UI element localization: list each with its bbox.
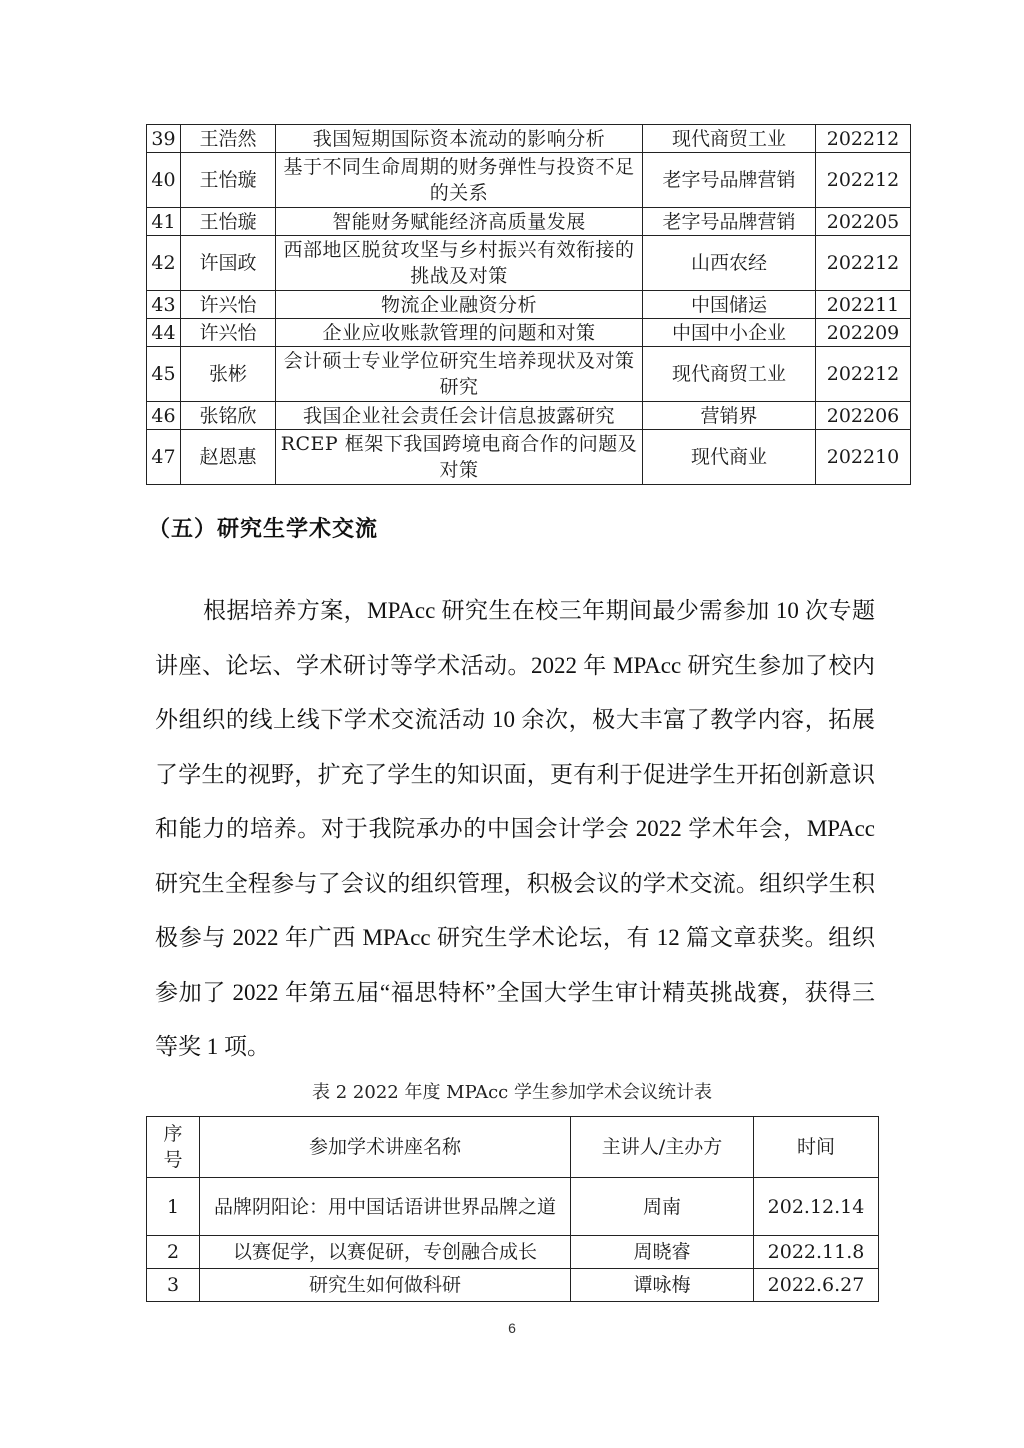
publish-date: 202210 [816,430,911,485]
paper-title: 智能财务赋能经济高质量发展 [276,208,643,236]
paper-title: 我国短期国际资本流动的影响分析 [276,125,643,153]
author-name: 王怡璇 [181,153,276,208]
document-page: 39 王浩然 我国短期国际资本流动的影响分析 现代商贸工业 202212 40 … [0,0,1024,1448]
header-date: 时间 [754,1117,879,1178]
table-row: 44 许兴怡 企业应收账款管理的问题和对策 中国中小企业 202209 [147,319,911,347]
table-row: 46 张铭欣 我国企业社会责任会计信息披露研究 营销界 202206 [147,402,911,430]
publications-table: 39 王浩然 我国短期国际资本流动的影响分析 现代商贸工业 202212 40 … [146,124,911,485]
author-name: 张彬 [181,347,276,402]
table-row: 2 以赛促学，以赛促研，专创融合成长 周晓睿 2022.11.8 [147,1236,879,1269]
author-name: 王怡璇 [181,208,276,236]
row-number: 44 [147,319,181,347]
paper-title: 基于不同生命周期的财务弹性与投资不足的关系 [276,153,643,208]
row-number: 40 [147,153,181,208]
row-number: 41 [147,208,181,236]
row-number: 39 [147,125,181,153]
paper-title: 会计硕士专业学位研究生培养现状及对策研究 [276,347,643,402]
paper-title: 西部地区脱贫攻坚与乡村振兴有效衔接的挑战及对策 [276,236,643,291]
author-name: 许兴怡 [181,319,276,347]
publish-date: 202211 [816,291,911,319]
publish-date: 202212 [816,125,911,153]
paper-title: RCEP 框架下我国跨境电商合作的问题及对策 [276,430,643,485]
author-name: 王浩然 [181,125,276,153]
row-number: 47 [147,430,181,485]
table-row: 45 张彬 会计硕士专业学位研究生培养现状及对策研究 现代商贸工业 202212 [147,347,911,402]
journal-name: 营销界 [643,402,816,430]
table-row: 39 王浩然 我国短期国际资本流动的影响分析 现代商贸工业 202212 [147,125,911,153]
journal-name: 老字号品牌营销 [643,208,816,236]
lecture-date: 2022.6.27 [754,1269,879,1302]
row-number: 45 [147,347,181,402]
author-name: 张铭欣 [181,402,276,430]
table-row: 43 许兴怡 物流企业融资分析 中国储运 202211 [147,291,911,319]
paper-title: 我国企业社会责任会计信息披露研究 [276,402,643,430]
row-number: 1 [147,1178,200,1236]
row-number: 2 [147,1236,200,1269]
row-number: 3 [147,1269,200,1302]
section-heading: （五）研究生学术交流 [148,512,378,543]
lecture-host: 谭咏梅 [571,1269,754,1302]
journal-name: 现代商贸工业 [643,347,816,402]
publish-date: 202205 [816,208,911,236]
paper-title: 企业应收账款管理的问题和对策 [276,319,643,347]
publish-date: 202206 [816,402,911,430]
header-no: 序号 [147,1117,200,1178]
journal-name: 中国中小企业 [643,319,816,347]
table-header-row: 序号 参加学术讲座名称 主讲人/主办方 时间 [147,1117,879,1178]
row-number: 46 [147,402,181,430]
table-row: 47 赵恩惠 RCEP 框架下我国跨境电商合作的问题及对策 现代商业 20221… [147,430,911,485]
publish-date: 202212 [816,153,911,208]
lecture-host: 周南 [571,1178,754,1236]
row-number: 42 [147,236,181,291]
publish-date: 202212 [816,347,911,402]
header-host: 主讲人/主办方 [571,1117,754,1178]
page-number: 6 [0,1320,1024,1336]
paper-title: 物流企业融资分析 [276,291,643,319]
journal-name: 现代商业 [643,430,816,485]
journal-name: 山西农经 [643,236,816,291]
lecture-date: 2022.11.8 [754,1236,879,1269]
header-name: 参加学术讲座名称 [200,1117,571,1178]
journal-name: 中国储运 [643,291,816,319]
lecture-name: 品牌阴阳论：用中国话语讲世界品牌之道 [200,1178,571,1236]
lecture-host: 周晓睿 [571,1236,754,1269]
table-row: 40 王怡璇 基于不同生命周期的财务弹性与投资不足的关系 老字号品牌营销 202… [147,153,911,208]
author-name: 许兴怡 [181,291,276,319]
lecture-name: 以赛促学，以赛促研，专创融合成长 [200,1236,571,1269]
row-number: 43 [147,291,181,319]
table-row: 1 品牌阴阳论：用中国话语讲世界品牌之道 周南 202.12.14 [147,1178,879,1236]
lecture-date: 202.12.14 [754,1178,879,1236]
table-row: 41 王怡璇 智能财务赋能经济高质量发展 老字号品牌营销 202205 [147,208,911,236]
journal-name: 现代商贸工业 [643,125,816,153]
academic-conferences-table: 序号 参加学术讲座名称 主讲人/主办方 时间 1 品牌阴阳论：用中国话语讲世界品… [146,1116,879,1302]
author-name: 许国政 [181,236,276,291]
table-row: 3 研究生如何做科研 谭咏梅 2022.6.27 [147,1269,879,1302]
publish-date: 202209 [816,319,911,347]
section-body: 根据培养方案，MPAcc 研究生在校三年期间最少需参加 10 次专题讲座、论坛、… [155,584,875,1075]
table-row: 42 许国政 西部地区脱贫攻坚与乡村振兴有效衔接的挑战及对策 山西农经 2022… [147,236,911,291]
journal-name: 老字号品牌营销 [643,153,816,208]
publish-date: 202212 [816,236,911,291]
table-caption: 表 2 2022 年度 MPAcc 学生参加学术会议统计表 [0,1078,1024,1104]
lecture-name: 研究生如何做科研 [200,1269,571,1302]
body-paragraph: 根据培养方案，MPAcc 研究生在校三年期间最少需参加 10 次专题讲座、论坛、… [155,584,875,1075]
author-name: 赵恩惠 [181,430,276,485]
